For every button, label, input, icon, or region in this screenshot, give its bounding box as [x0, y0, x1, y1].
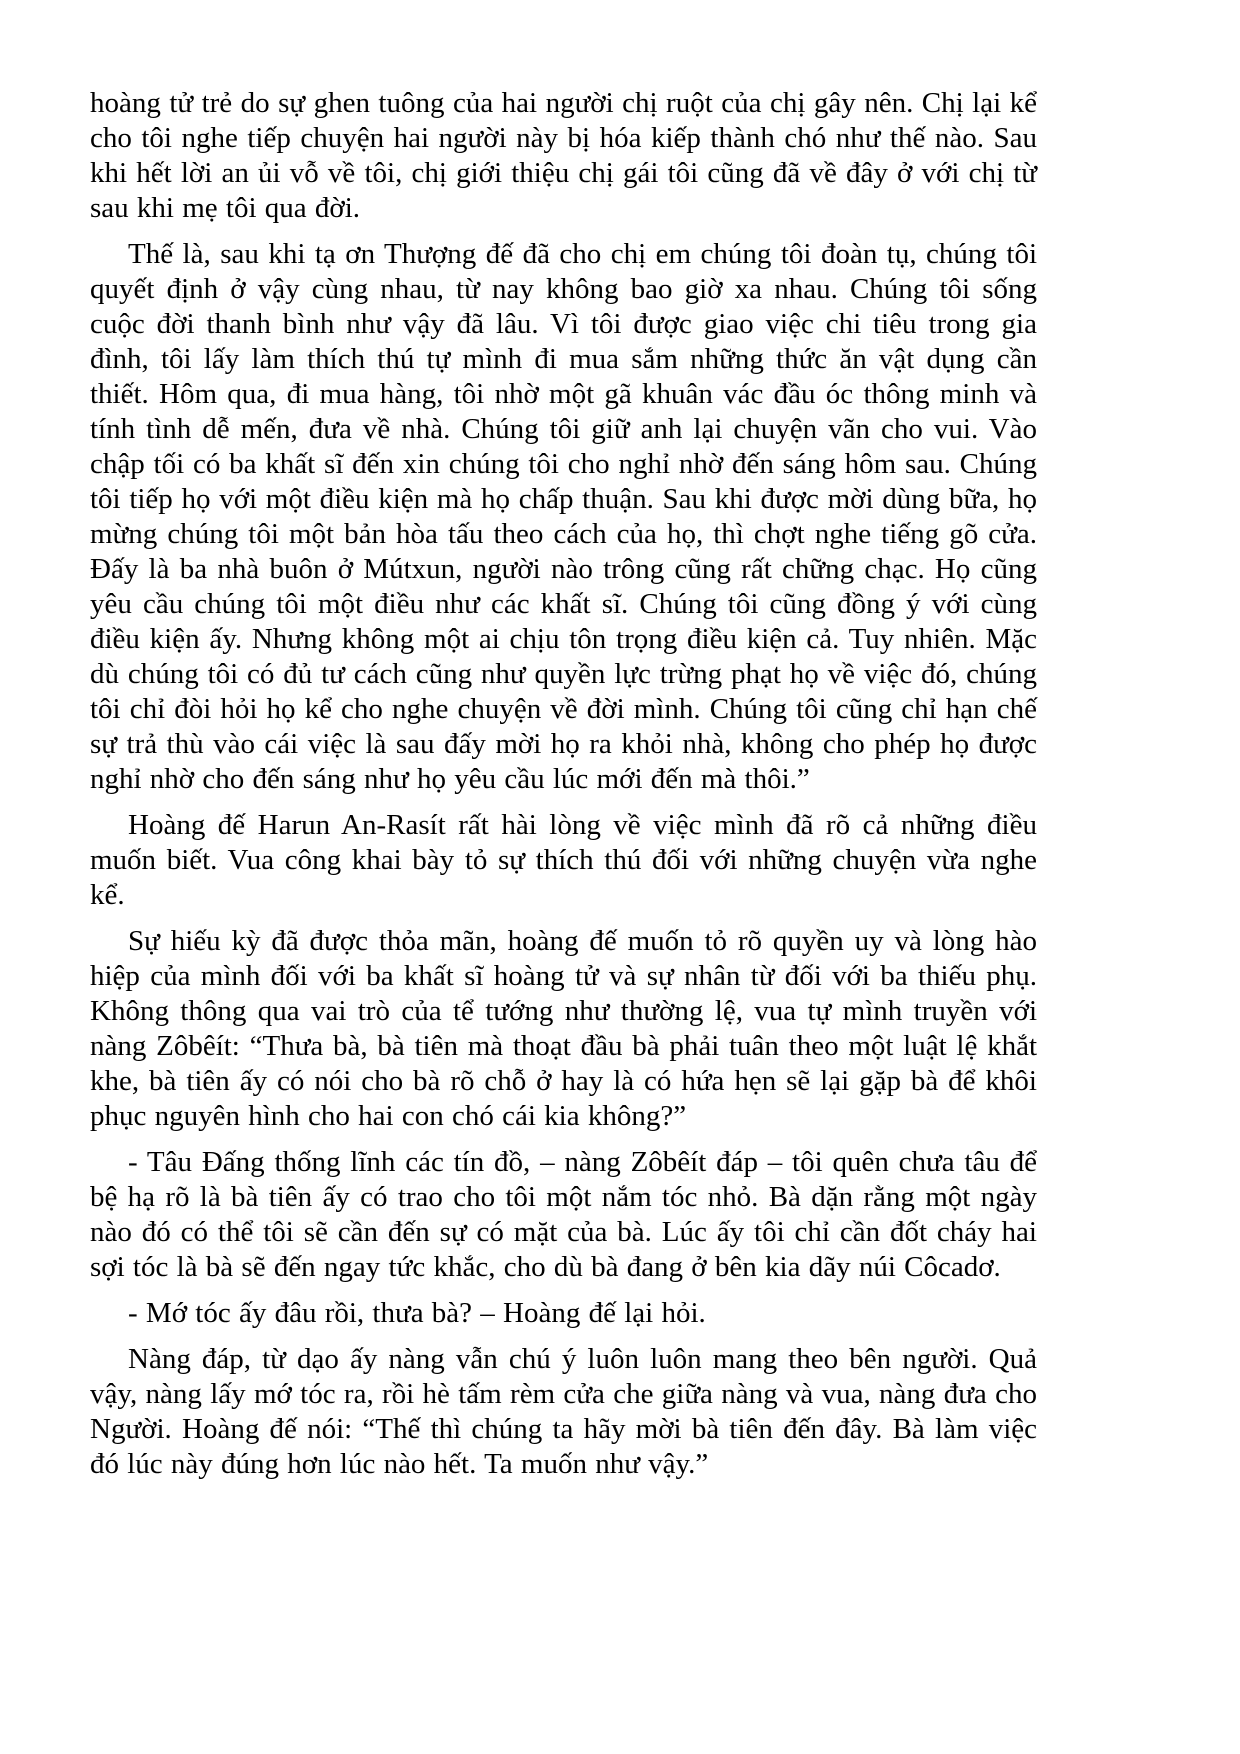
- paragraph: Hoàng đế Harun An-Rasít rất hài lòng về …: [90, 808, 1037, 913]
- page-text-block: hoàng tử trẻ do sự ghen tuông của hai ng…: [90, 86, 1037, 1482]
- document-page: hoàng tử trẻ do sự ghen tuông của hai ng…: [0, 0, 1240, 1754]
- paragraph: Nàng đáp, từ dạo ấy nàng vẫn chú ý luôn …: [90, 1342, 1037, 1482]
- paragraph: Thế là, sau khi tạ ơn Thượng đế đã cho c…: [90, 237, 1037, 797]
- paragraph-continuation: hoàng tử trẻ do sự ghen tuông của hai ng…: [90, 86, 1037, 226]
- paragraph-dialogue: - Mớ tóc ấy đâu rồi, thưa bà? – Hoàng đế…: [90, 1296, 1037, 1331]
- paragraph-dialogue: - Tâu Đấng thống lĩnh các tín đồ, – nàng…: [90, 1145, 1037, 1285]
- paragraph: Sự hiếu kỳ đã được thỏa mãn, hoàng đế mu…: [90, 924, 1037, 1134]
